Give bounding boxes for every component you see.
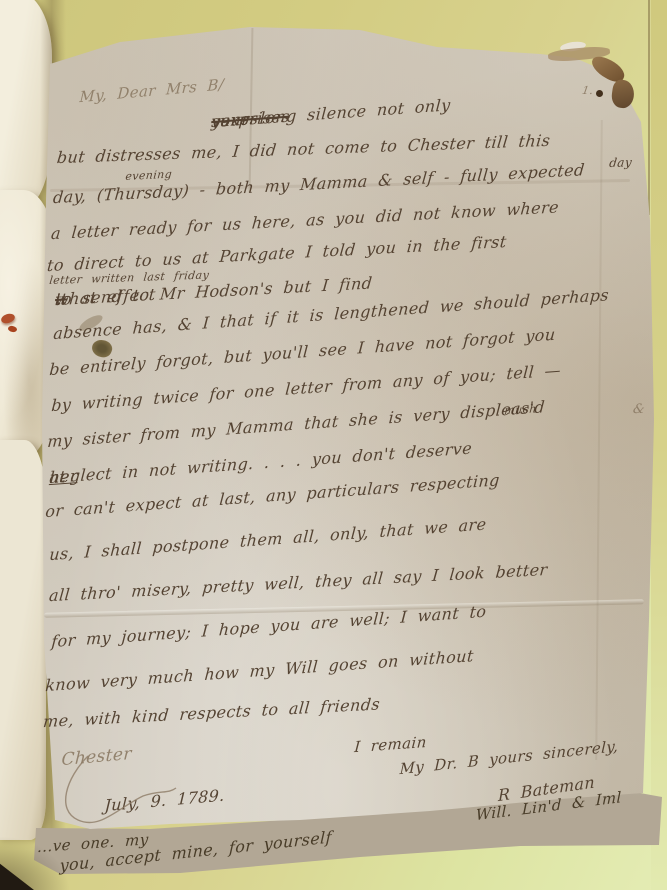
word-run: vexes (211, 109, 259, 131)
signature-flourish (48, 748, 198, 843)
line-2: but distresses me, I did not come to Che… (56, 131, 551, 167)
line-13: us, I shall postpone them all, only, tha… (49, 514, 487, 564)
margin-day: day (609, 155, 633, 170)
closing-remain: I remain (354, 733, 428, 756)
closing-sincerely: My Dr. B yours sincerely, (399, 737, 618, 778)
line-17: me, with kind respects to all friends (42, 694, 381, 731)
insert-evening: evening (125, 168, 173, 184)
photograph-of-letter: My, Dear Mrs B/your long silence not onl… (0, 0, 667, 890)
line-15: for my journey; I hope you are well; I w… (51, 602, 487, 652)
margin-amp: & (632, 402, 646, 417)
page-mark: 1. (581, 84, 594, 97)
word-run: what effect (54, 285, 156, 309)
line-16: know very much how my Will goes on witho… (45, 646, 475, 695)
salutation: My, Dear Mrs B/ (79, 75, 225, 106)
line-14: all thro' misery, pretty well, they all … (48, 560, 548, 605)
